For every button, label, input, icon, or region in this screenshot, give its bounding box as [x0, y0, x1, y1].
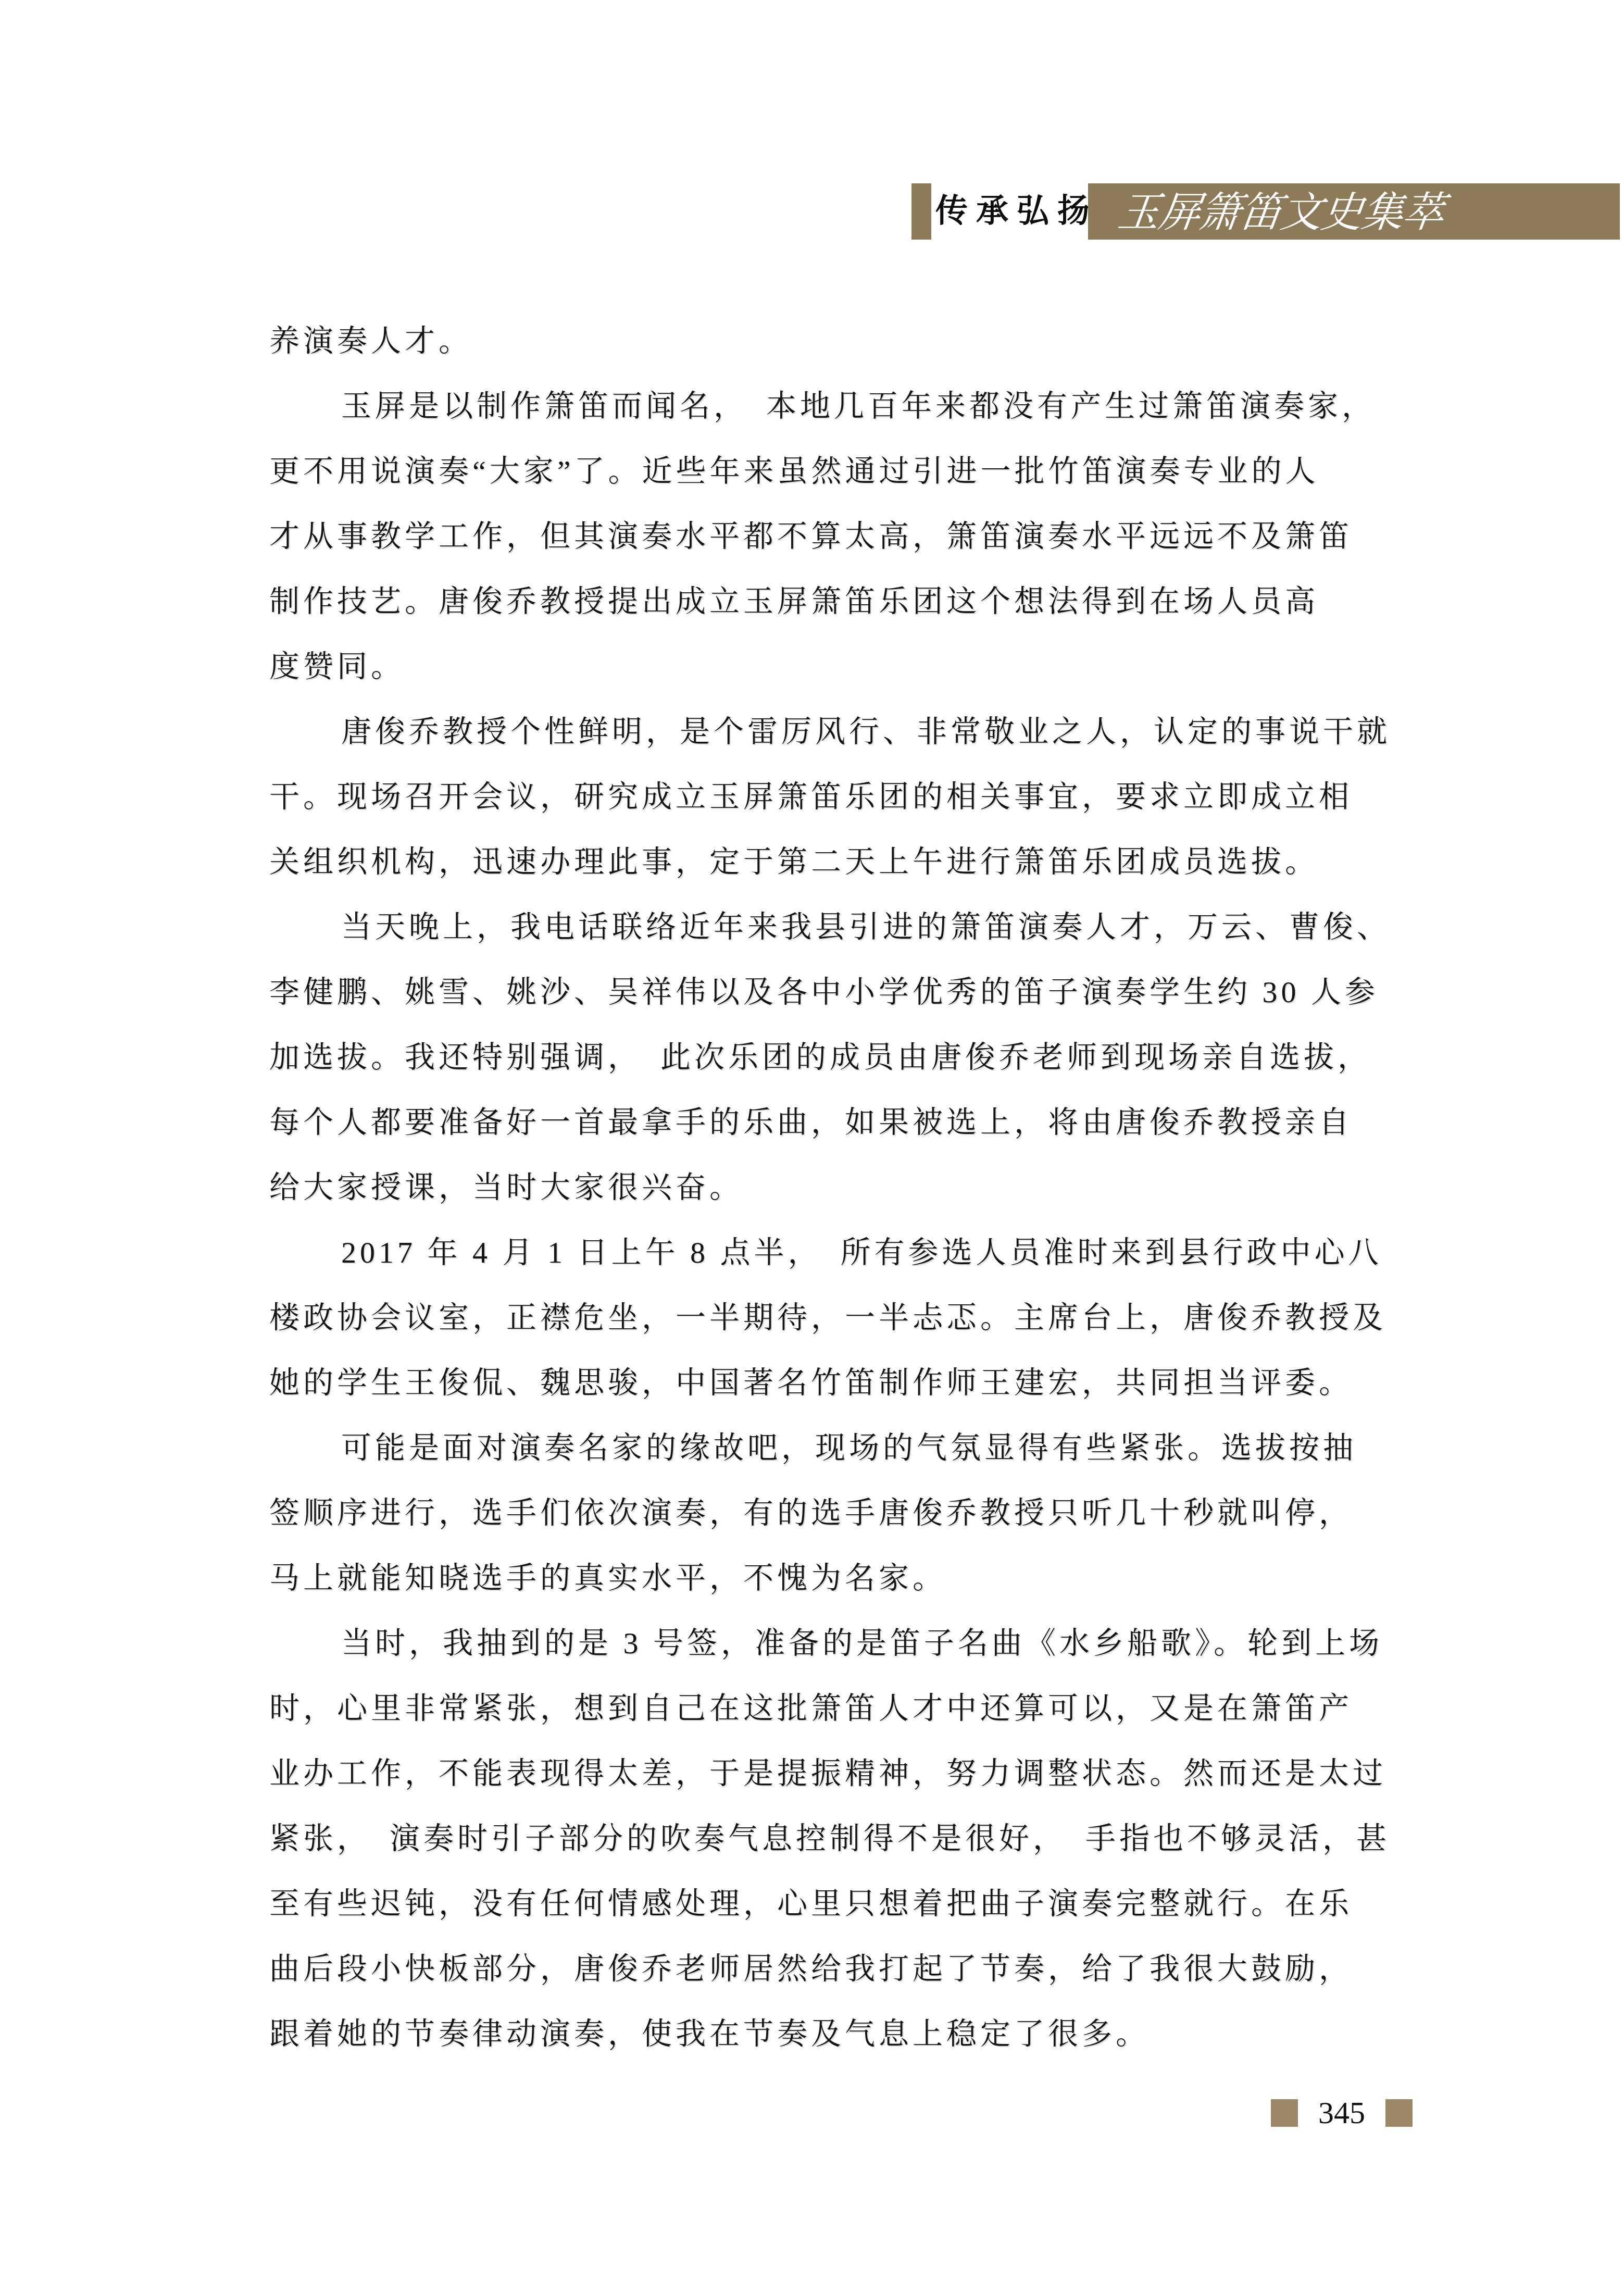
text-line: 李健鹏、姚雪、姚沙、吴祥伟以及各中小学优秀的笛子演奏学生约 30 人参	[269, 959, 1394, 1025]
text-line: 度赞同。	[269, 634, 1394, 699]
page-number-right-square	[1385, 2099, 1413, 2127]
text-line: 关组织机构，迅速办理此事，定于第二天上午进行箫笛乐团成员选拔。	[269, 829, 1394, 894]
section-label: 传承弘扬	[935, 183, 1098, 240]
text-line: 玉屏是以制作箫笛而闻名， 本地几百年来都没有产生过箫笛演奏家，	[269, 373, 1394, 439]
banner-calligraphy-title: 玉屏箫笛文史集萃	[1115, 183, 1446, 240]
text-line: 干。现场召开会议，研究成立玉屏箫笛乐团的相关事宜，要求立即成立相	[269, 764, 1394, 829]
text-line: 至有些迟钝，没有任何情感处理，心里只想着把曲子演奏完整就行。在乐	[269, 1871, 1394, 1936]
book-page: 传承弘扬 玉屏箫笛文史集萃 养演奏人才。玉屏是以制作箫笛而闻名， 本地几百年来都…	[0, 0, 1624, 2269]
text-line: 给大家授课，当时大家很兴奋。	[269, 1155, 1394, 1220]
text-line: 曲后段小快板部分，唐俊乔老师居然给我打起了节奏，给了我很大鼓励，	[269, 1936, 1394, 2001]
text-line: 签顺序进行，选手们依次演奏，有的选手唐俊乔教授只听几十秒就叫停，	[269, 1480, 1394, 1545]
text-line: 每个人都要准备好一首最拿手的乐曲，如果被选上，将由唐俊乔教授亲自	[269, 1090, 1394, 1155]
text-line: 可能是面对演奏名家的缘故吧，现场的气氛显得有些紧张。选拔按抽	[269, 1415, 1394, 1480]
text-block: 养演奏人才。玉屏是以制作箫笛而闻名， 本地几百年来都没有产生过箫笛演奏家，更不用…	[269, 308, 1394, 2066]
text-line: 她的学生王俊侃、魏思骏，中国著名竹笛制作师王建宏，共同担当评委。	[269, 1350, 1394, 1415]
text-line: 唐俊乔教授个性鲜明，是个雷厉风行、非常敬业之人，认定的事说干就	[269, 699, 1394, 764]
page-number: 345	[1298, 2093, 1385, 2133]
text-line: 加选拔。我还特别强调， 此次乐团的成员由唐俊乔老师到现场亲自选拔，	[269, 1025, 1394, 1090]
text-line: 2017 年 4 月 1 日上午 8 点半， 所有参选人员准时来到县行政中心八	[269, 1220, 1394, 1285]
text-line: 当时，我抽到的是 3 号签，准备的是笛子名曲《水乡船歌》。轮到上场	[269, 1611, 1394, 1676]
text-line: 制作技艺。唐俊乔教授提出成立玉屏箫笛乐团这个想法得到在场人员高	[269, 569, 1394, 634]
text-line: 马上就能知晓选手的真实水平，不愧为名家。	[269, 1545, 1394, 1611]
header-accent-bar	[911, 183, 931, 240]
text-line: 才从事教学工作，但其演奏水平都不算太高，箫笛演奏水平远远不及箫笛	[269, 504, 1394, 569]
header-banner: 玉屏箫笛文史集萃	[1088, 183, 1620, 240]
text-line: 紧张， 演奏时引子部分的吹奏气息控制得不是很好， 手指也不够灵活，甚	[269, 1806, 1394, 1871]
text-line: 时，心里非常紧张，想到自己在这批箫笛人才中还算可以，又是在箫笛产	[269, 1676, 1394, 1741]
text-line: 楼政协会议室，正襟危坐，一半期待，一半忐忑。主席台上，唐俊乔教授及	[269, 1285, 1394, 1350]
text-line: 业办工作，不能表现得太差，于是提振精神，努力调整状态。然而还是太过	[269, 1741, 1394, 1806]
text-line: 当天晚上，我电话联络近年来我县引进的箫笛演奏人才，万云、曹俊、	[269, 894, 1394, 959]
text-line: 养演奏人才。	[269, 308, 1394, 373]
page-number-left-square	[1271, 2099, 1298, 2127]
text-line: 跟着她的节奏律动演奏，使我在节奏及气息上稳定了很多。	[269, 2001, 1394, 2066]
text-line: 更不用说演奏“大家”了。近些年来虽然通过引进一批竹笛演奏专业的人	[269, 439, 1394, 504]
